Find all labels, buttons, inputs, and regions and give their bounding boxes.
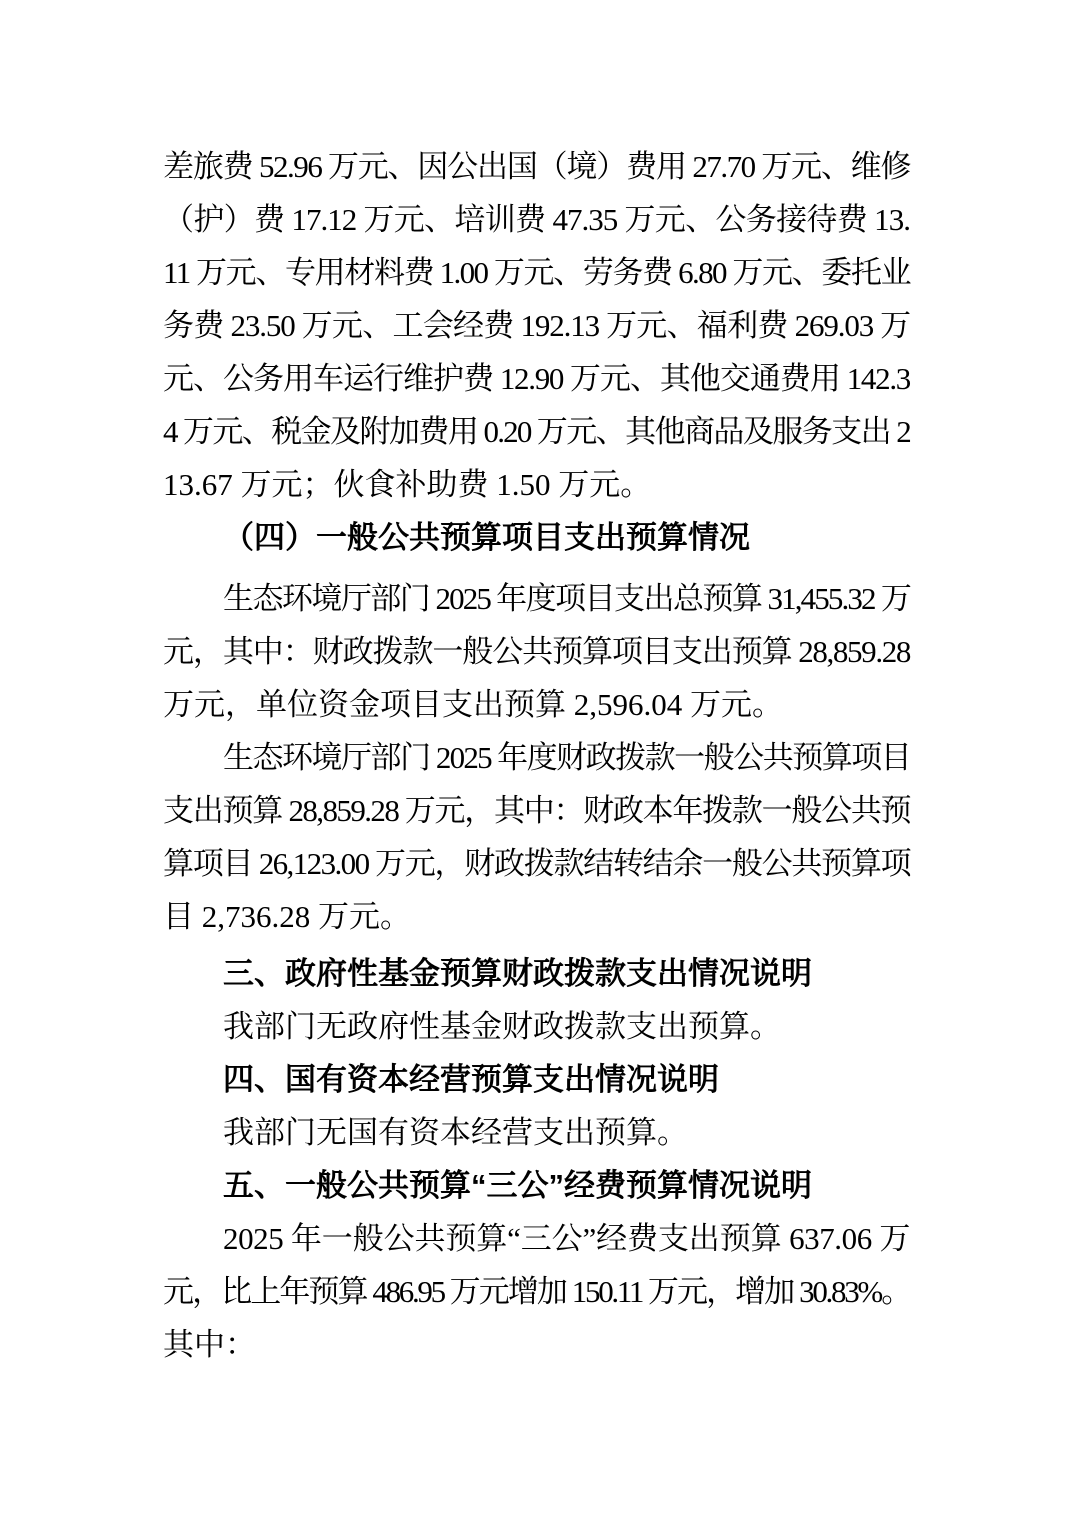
text-line: （护）费 17.12 万元、培训费 47.35 万元、公务接待费 13.: [163, 193, 910, 246]
text-line: 差旅费 52.96 万元、因公出国（境）费用 27.70 万元、维修: [163, 140, 910, 193]
paragraph-goods-services-expense-breakdown: 差旅费 52.96 万元、因公出国（境）费用 27.70 万元、维修 （护）费 …: [163, 140, 910, 511]
text-line: 其中：: [163, 1318, 910, 1371]
paragraph-project-expenditure-total: 生态环境厅部门 2025 年度项目支出总预算 31,455.32 万 元，其中：…: [163, 572, 910, 731]
text-line: 元、公务用车运行维护费 12.90 万元、其他交通费用 142.3: [163, 352, 910, 405]
paragraph-three-public-expenses-summary: 2025 年一般公共预算“三公”经费支出预算 637.06 万 元，比上年预算 …: [163, 1212, 910, 1371]
text-line: 我部门无国有资本经营支出预算。: [163, 1106, 910, 1159]
section-heading-line: 三、政府性基金预算财政拨款支出情况说明: [163, 947, 910, 1000]
section-heading-line: 五、一般公共预算“三公”经费预算情况说明: [163, 1159, 910, 1212]
text-line: 4 万元、税金及附加费用 0.20 万元、其他商品及服务支出 2: [163, 405, 910, 458]
text-line: 元，其中：财政拨款一般公共预算项目支出预算 28,859.28: [163, 625, 910, 678]
text-line: 元，比上年预算 486.95 万元增加 150.11 万元，增加 30.83%。: [163, 1265, 910, 1318]
document-page: 差旅费 52.96 万元、因公出国（境）费用 27.70 万元、维修 （护）费 …: [0, 0, 1074, 1520]
paragraph-fiscal-appropriation-projects: 生态环境厅部门 2025 年度财政拨款一般公共预算项目 支出预算 28,859.…: [163, 731, 910, 943]
section-heading-line: 四、国有资本经营预算支出情况说明: [163, 1053, 910, 1106]
sub-heading-line: （四）一般公共预算项目支出预算情况: [163, 511, 910, 564]
text-line: 务费 23.50 万元、工会经费 192.13 万元、福利费 269.03 万: [163, 299, 910, 352]
text-line: 11 万元、专用材料费 1.00 万元、劳务费 6.80 万元、委托业: [163, 246, 910, 299]
text-line: 支出预算 28,859.28 万元，其中：财政本年拨款一般公共预: [163, 784, 910, 837]
text-line: 13.67 万元；伙食补助费 1.50 万元。: [163, 458, 910, 511]
paragraph-no-government-fund-budget: 我部门无政府性基金财政拨款支出预算。: [163, 1000, 910, 1053]
text-line: 万元，单位资金项目支出预算 2,596.04 万元。: [163, 678, 910, 731]
text-line: 算项目 26,123.00 万元，财政拨款结转结余一般公共预算项: [163, 837, 910, 890]
text-line: 生态环境厅部门 2025 年度财政拨款一般公共预算项目: [163, 731, 910, 784]
paragraph-no-state-capital-budget: 我部门无国有资本经营支出预算。: [163, 1106, 910, 1159]
heading-government-fund-budget: 三、政府性基金预算财政拨款支出情况说明: [163, 947, 910, 1000]
document-text-block: 差旅费 52.96 万元、因公出国（境）费用 27.70 万元、维修 （护）费 …: [163, 140, 910, 1371]
text-line: 目 2,736.28 万元。: [163, 890, 910, 943]
text-line: 2025 年一般公共预算“三公”经费支出预算 637.06 万: [163, 1212, 910, 1265]
heading-sec4-project-expenditure: （四）一般公共预算项目支出预算情况: [163, 511, 910, 564]
heading-state-capital-budget: 四、国有资本经营预算支出情况说明: [163, 1053, 910, 1106]
text-line: 我部门无政府性基金财政拨款支出预算。: [163, 1000, 910, 1053]
text-line: 生态环境厅部门 2025 年度项目支出总预算 31,455.32 万: [163, 572, 910, 625]
heading-three-public-expenses: 五、一般公共预算“三公”经费预算情况说明: [163, 1159, 910, 1212]
